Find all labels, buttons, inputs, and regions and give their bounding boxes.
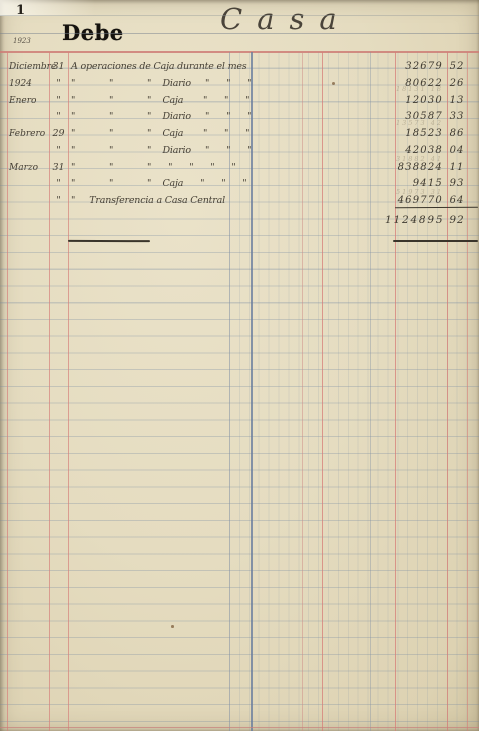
row-day: "	[50, 76, 67, 92]
row-cents: 52	[448, 59, 466, 75]
total-amount: 1124895	[385, 212, 443, 228]
row-description: " Transferencia a Casa Central	[71, 193, 233, 209]
row-description: A operaciones de Caja durante el mes	[71, 59, 233, 75]
row-cents: 93	[448, 176, 466, 192]
row-date: Enero	[9, 93, 51, 109]
row-day: "	[50, 193, 67, 209]
bleedthrough-digits: 51973 31	[389, 188, 443, 196]
row-date: Diciembre	[9, 59, 51, 75]
row-day: "	[50, 143, 67, 159]
row-description: " " " Diario " " "	[71, 109, 233, 125]
row-description: " " " " " " "	[71, 160, 233, 176]
row-day: "	[50, 176, 67, 192]
row-amount: 32679	[389, 59, 443, 75]
total-cents: 92	[448, 212, 466, 228]
table-row: Febrero29" " " Caja " " "1852386	[0, 125, 479, 142]
row-cents: 33	[448, 109, 466, 125]
row-day: 29	[50, 126, 67, 142]
row-cents: 13	[448, 93, 466, 109]
ledger-rows: Diciembre31A operaciones de Caja durante…	[0, 0, 479, 731]
row-date: 1924	[9, 76, 51, 92]
row-date: Febrero	[9, 126, 51, 142]
table-row: Diciembre31A operaciones de Caja durante…	[0, 58, 479, 75]
row-description: " " " Caja " " "	[71, 176, 233, 192]
bleedthrough-digits: 13573 42	[389, 119, 443, 127]
bleedthrough-digits: 31882 41	[389, 155, 443, 163]
description-closing-line	[68, 240, 150, 242]
total-underline	[393, 240, 478, 242]
row-amount: 12030	[389, 93, 443, 109]
row-date: Marzo	[9, 160, 51, 176]
row-amount: 18523	[389, 126, 443, 142]
row-description: " " " Caja " " "	[71, 126, 233, 142]
paper-speck	[332, 82, 335, 85]
bottom-rule	[0, 727, 479, 728]
row-day: "	[50, 93, 67, 109]
row-cents: 26	[448, 76, 466, 92]
row-day: 31	[50, 160, 67, 176]
row-description: " " " Diario " " "	[71, 76, 233, 92]
paper-speck	[171, 625, 174, 628]
total-row: 1124895 92	[0, 211, 479, 228]
table-row: Enero"" " " Caja " " "1203013	[0, 92, 479, 109]
ledger-page: 1 Debe Casa 1923 Diciembre31A operacione…	[0, 0, 479, 731]
row-cents: 86	[448, 126, 466, 142]
row-cents: 04	[448, 143, 466, 159]
row-cents: 11	[448, 160, 466, 176]
bleedthrough-digits: 18131 18	[389, 85, 443, 93]
row-description: " " " Caja " " "	[71, 93, 233, 109]
row-day: "	[50, 109, 67, 125]
row-description: " " " Diario " " "	[71, 143, 233, 159]
row-day: 31	[50, 59, 67, 75]
